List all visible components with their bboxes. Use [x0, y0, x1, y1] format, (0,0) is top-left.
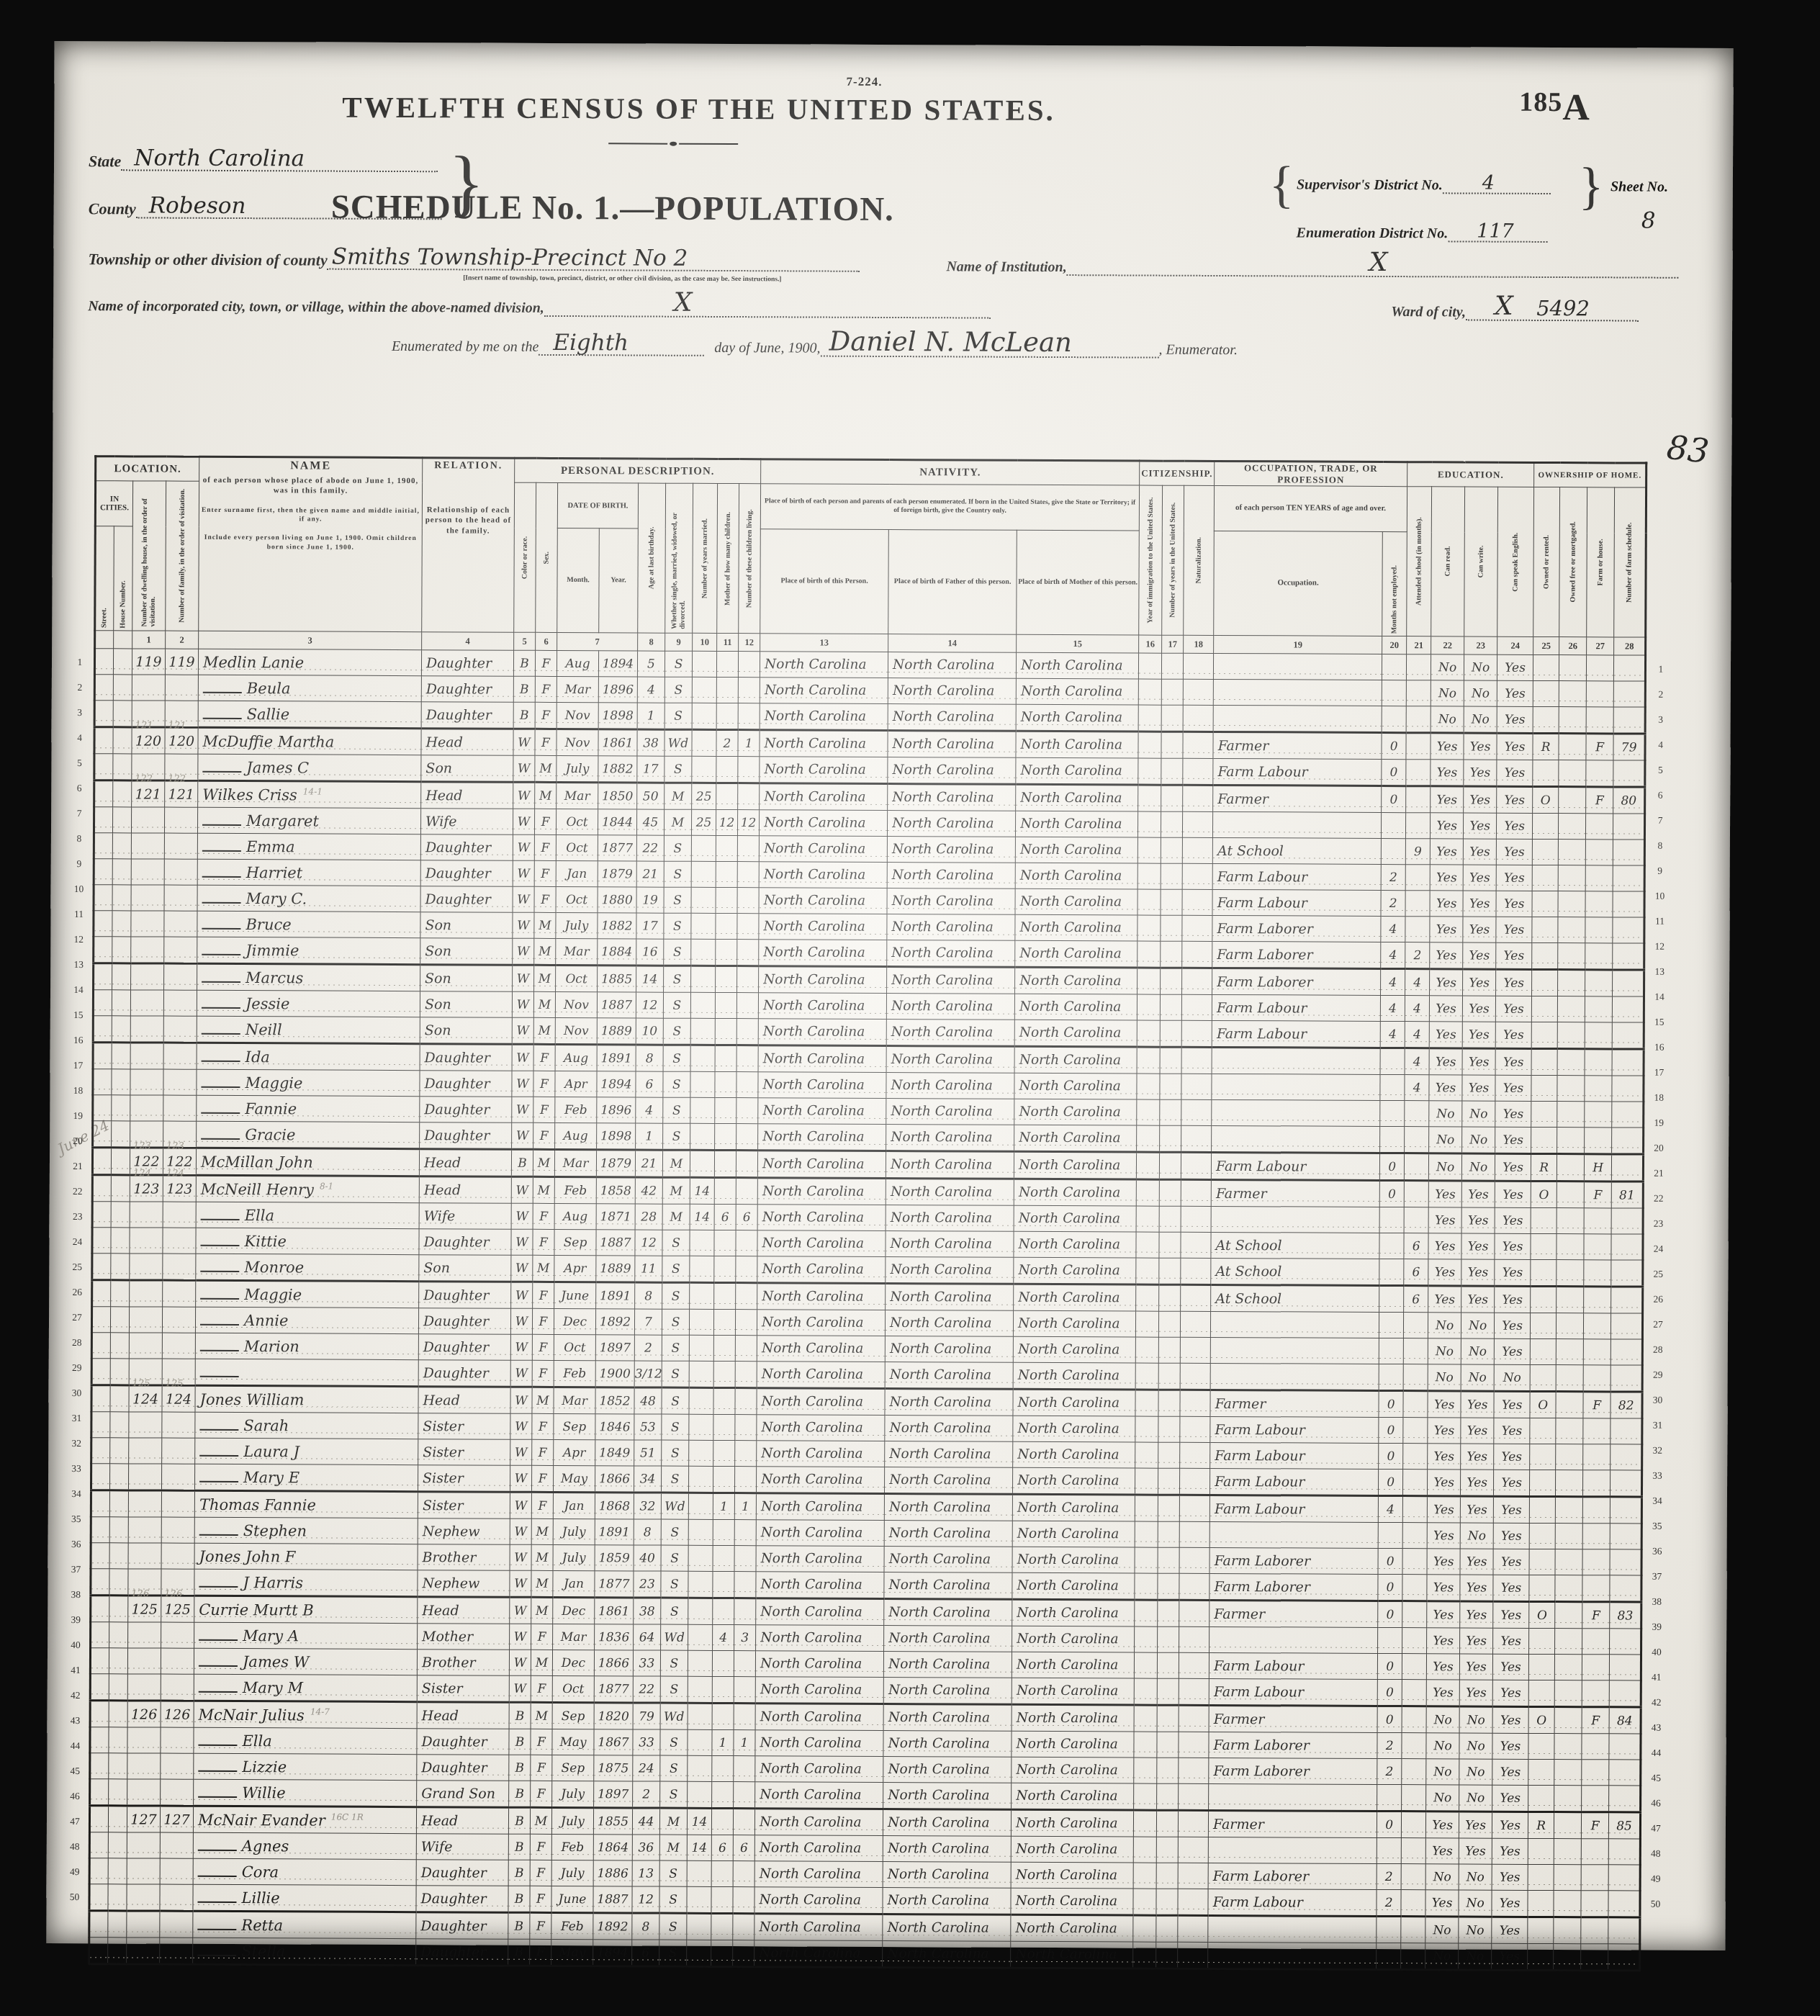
- cell-rel: Head: [418, 1597, 510, 1624]
- cell-ma: S: [665, 703, 692, 729]
- cell-ag: 21: [636, 861, 664, 887]
- cell-pm: North Carolina: [1012, 1757, 1134, 1783]
- cell-pb: North Carolina: [758, 993, 886, 1020]
- cell-fh: [1582, 1655, 1610, 1680]
- cell-sc: [1406, 813, 1431, 839]
- cell-c: B: [509, 1729, 531, 1755]
- cell-d: [129, 1412, 162, 1438]
- cell-pb: North Carolina: [756, 1520, 884, 1547]
- cell-hn: [112, 911, 131, 937]
- cell-yr: 1846: [595, 1414, 634, 1440]
- cell-wr: Yes: [1459, 1680, 1492, 1706]
- cell-hn: [113, 675, 132, 701]
- cell-ag: 2: [634, 1335, 662, 1361]
- cell-d: [130, 1095, 163, 1121]
- cell-ym: [687, 1886, 711, 1913]
- cell-sc: [1406, 733, 1431, 760]
- cell-st: [94, 885, 112, 911]
- cell-pf: North Carolina: [885, 1415, 1013, 1441]
- cell-sc: [1406, 786, 1431, 813]
- cell-hn: [109, 1779, 127, 1806]
- cell-un: [1380, 1126, 1405, 1153]
- cell-cl: [738, 783, 760, 810]
- cell-wr: Yes: [1460, 1496, 1493, 1523]
- cell-ag: 40: [634, 1545, 661, 1571]
- cell-mc: [714, 1230, 736, 1256]
- cell-mo: Mar: [554, 1387, 595, 1413]
- cell-fh: [1581, 1891, 1608, 1917]
- cell-yu: [1158, 1363, 1180, 1390]
- cell-rd: No: [1428, 1313, 1461, 1338]
- cell-yu: [1159, 1179, 1181, 1206]
- cell-wr: No: [1459, 1890, 1492, 1917]
- col-house-number: House Number.: [114, 526, 133, 631]
- cell-f: 120121: [165, 727, 198, 754]
- cell-na: [1178, 1915, 1208, 1942]
- col-month: Month.: [557, 528, 600, 632]
- cell-ow: [1528, 1917, 1554, 1943]
- dwelling-label: Number of dwelling house, in the order o…: [140, 485, 158, 626]
- cell-f: [163, 1202, 196, 1228]
- cell-rd: No: [1429, 1153, 1462, 1181]
- cell-sc: 6: [1404, 1259, 1428, 1286]
- cell-na: [1181, 1047, 1212, 1074]
- cell-fs: [1611, 1313, 1643, 1339]
- cell-en: Yes: [1492, 1706, 1528, 1733]
- cell-fs: [1609, 1786, 1641, 1812]
- cell-ma: S: [664, 966, 691, 992]
- cell-ym: 25: [692, 783, 716, 809]
- cell-na: [1181, 994, 1212, 1020]
- cell-nm: Fannie: [197, 1095, 420, 1122]
- cell-f: 124125: [162, 1385, 195, 1412]
- in-cities-header: IN CITIES.: [95, 481, 132, 526]
- cell-wr: Yes: [1461, 1470, 1494, 1496]
- cell-d: 119: [132, 649, 165, 675]
- row-number: 13: [66, 952, 91, 977]
- cell-nm: Monroe: [196, 1254, 419, 1281]
- cell-ma: Wd: [665, 729, 692, 756]
- col-owned: Owned or rented.: [1533, 487, 1560, 636]
- cell-un: [1382, 680, 1406, 706]
- cell-fh: [1584, 1313, 1611, 1339]
- cell-d: [129, 1307, 162, 1333]
- cell-ow: [1528, 1785, 1554, 1812]
- cell-st: [90, 1779, 109, 1806]
- cell-ma: S: [662, 1230, 690, 1256]
- cell-un: [1382, 812, 1406, 838]
- cell-un: 2: [1377, 1758, 1402, 1784]
- cell-cl: [736, 1072, 758, 1098]
- cell-c: W: [510, 1334, 532, 1360]
- cell-rel: Daughter: [419, 1229, 511, 1256]
- cell-pb: North Carolina: [757, 1205, 886, 1231]
- scanned-census-page: { "page": { "form_number": "7-224.", "ce…: [0, 0, 1820, 2016]
- cell-fh: [1583, 1339, 1610, 1365]
- cell-un: 0: [1378, 1653, 1402, 1679]
- cell-ma: Wd: [661, 1624, 688, 1650]
- cell-cl: [734, 1598, 756, 1625]
- cell-cl: [736, 1019, 758, 1045]
- cell-oc: Farm Labour: [1210, 1468, 1379, 1495]
- cell-fs: [1610, 1629, 1641, 1655]
- cell-pm: North Carolina: [1011, 1862, 1133, 1889]
- cell-pf: North Carolina: [883, 1730, 1012, 1757]
- ditto-dash: [200, 1262, 239, 1272]
- cell-im: [1134, 1783, 1157, 1810]
- cell-yu: [1160, 994, 1181, 1020]
- column-number: 21: [1407, 636, 1431, 654]
- cell-rel: Daughter: [421, 676, 513, 703]
- cell-c: W: [510, 1518, 531, 1544]
- cell-oc: Farm Laborer: [1212, 941, 1381, 968]
- cell-ow: [1531, 1259, 1557, 1286]
- cell-oc: [1213, 811, 1382, 838]
- cell-en: Yes: [1497, 680, 1533, 706]
- cell-im: [1137, 994, 1160, 1020]
- cell-yu: [1158, 1468, 1180, 1495]
- school-label: Attended school (in months).: [1415, 517, 1423, 606]
- city-value: X: [674, 288, 693, 318]
- cell-mo: Feb: [551, 1834, 593, 1860]
- row-number: 34: [1645, 1488, 1670, 1513]
- ditto-dash: [201, 1078, 240, 1088]
- row-number: 29: [65, 1355, 89, 1380]
- cell-oc: Farmer: [1211, 1179, 1379, 1207]
- cell-fh: F: [1582, 1812, 1609, 1839]
- cell-yu: [1156, 1915, 1178, 1942]
- row-number: 36: [1645, 1539, 1670, 1564]
- stamp-letter: A: [1562, 87, 1590, 128]
- cell-nm: Mary A: [194, 1622, 418, 1649]
- cell-nm: McNair Julius14-7: [194, 1701, 417, 1728]
- cell-fs: [1613, 865, 1644, 891]
- side-number: 83: [1665, 428, 1711, 471]
- cell-ma: S: [662, 1387, 689, 1414]
- cell-pb: North Carolina: [754, 1861, 883, 1888]
- cell-rel: Head: [418, 1387, 510, 1414]
- cell-st: [93, 1095, 112, 1121]
- cell-ow: [1531, 1313, 1557, 1338]
- cell-ow: [1532, 839, 1558, 865]
- cell-rd: Yes: [1430, 969, 1463, 996]
- cell-mo: Aug: [554, 1203, 596, 1229]
- cell-ow: [1529, 1523, 1555, 1549]
- pencil-annotation: 8-1: [320, 1181, 333, 1191]
- cell-na: [1180, 1468, 1210, 1495]
- cell-c: W: [513, 860, 534, 886]
- naturalization-label: Naturalization.: [1194, 537, 1203, 584]
- cell-ma: S: [663, 1071, 690, 1097]
- cell-s: F: [533, 1229, 554, 1255]
- cell-yr: 1892: [593, 1913, 632, 1940]
- cell-d: [127, 1858, 160, 1884]
- cell-ag: 16: [636, 939, 664, 966]
- cell-un: [1379, 1364, 1403, 1390]
- cell-mo: Dec: [553, 1597, 595, 1624]
- group-education: EDUCATION.: [1407, 462, 1534, 487]
- cell-oc: Farmer: [1209, 1810, 1377, 1837]
- cell-ow: R: [1533, 733, 1559, 760]
- cell-yr: 1894: [597, 1071, 636, 1097]
- cell-en: Yes: [1495, 1153, 1531, 1181]
- cell-sc: [1405, 1127, 1429, 1153]
- cell-nm: [195, 1359, 418, 1386]
- cell-c: B: [511, 1149, 533, 1176]
- cell-s: F: [532, 1465, 554, 1492]
- cell-ag: 5: [637, 651, 665, 677]
- cell-fh: [1581, 1839, 1608, 1865]
- cell-pm: North Carolina: [1012, 1572, 1135, 1600]
- cell-pm: North Carolina: [1013, 1416, 1135, 1442]
- cell-mo: Oct: [556, 834, 598, 860]
- row-number: 35: [1645, 1513, 1670, 1539]
- cell-hn: [111, 1280, 130, 1307]
- cell-f: [163, 1016, 197, 1043]
- cell-en: Yes: [1493, 1523, 1529, 1549]
- col-mother-children: Mother of how many children.: [717, 483, 739, 633]
- cell-f: [164, 885, 197, 911]
- cell-pm: North Carolina: [1015, 888, 1137, 915]
- cell-wr: No: [1460, 1523, 1493, 1549]
- cell-mc: [716, 756, 738, 783]
- cell-fh: F: [1586, 734, 1613, 760]
- cell-yu: [1158, 1495, 1179, 1521]
- cell-fs: [1609, 1680, 1641, 1707]
- cell-ag: 1: [636, 1123, 663, 1150]
- cell-pb: North Carolina: [755, 1809, 883, 1836]
- cell-rd: Yes: [1427, 1523, 1460, 1549]
- cell-un: 0: [1379, 1469, 1403, 1495]
- cell-rel: Sister: [418, 1439, 510, 1466]
- cell-pb: North Carolina: [759, 940, 887, 967]
- cell-om: [1559, 655, 1587, 681]
- cell-ag: 17: [636, 913, 664, 939]
- row-number: 30: [65, 1380, 89, 1405]
- cell-ym: 25: [691, 809, 716, 835]
- ward-label: Ward of city,: [1391, 304, 1466, 320]
- group-location: LOCATION.: [96, 456, 199, 482]
- cell-d: [131, 885, 164, 911]
- cell-mo: Feb: [551, 1912, 593, 1939]
- cell-pm: North Carolina: [1012, 1599, 1135, 1626]
- cell-st: [90, 1727, 109, 1753]
- cell-s: M: [534, 912, 556, 938]
- cell-mo: Mar: [554, 1149, 596, 1176]
- row-number: 6: [67, 775, 91, 801]
- cell-hn: [113, 780, 132, 807]
- census-title: TWELFTH CENSUS OF THE UNITED STATES.: [342, 90, 1055, 127]
- cell-en: Yes: [1497, 813, 1533, 839]
- cell-ym: [688, 1545, 713, 1571]
- cell-f: [161, 1543, 194, 1569]
- cell-cl: [736, 1151, 757, 1178]
- cell-c: W: [509, 1675, 531, 1702]
- cell-mc: [713, 1414, 735, 1440]
- cell-yr: 1880: [598, 887, 636, 913]
- cell-f: [162, 1333, 195, 1359]
- cell-pb: North Carolina: [756, 1572, 884, 1599]
- enumerator-name: Daniel N. McLean: [829, 326, 1072, 358]
- cell-om: [1554, 1944, 1581, 1971]
- cell-s: M: [531, 1544, 553, 1570]
- cell-om: [1555, 1524, 1582, 1549]
- cell-ow: [1529, 1654, 1555, 1680]
- row-number: 45: [63, 1758, 87, 1783]
- cell-nm: Bruce: [197, 911, 420, 937]
- cell-cl: [734, 1782, 755, 1809]
- cell-ag: 8: [634, 1519, 661, 1545]
- cell-s: F: [534, 860, 556, 886]
- cell-hn: [112, 859, 131, 885]
- cell-yr: 1894: [593, 1940, 632, 1966]
- cell-un: [1377, 1837, 1401, 1863]
- cell-yr: 1877: [598, 835, 636, 861]
- cell-na: [1180, 1416, 1210, 1442]
- cell-im: [1135, 1337, 1158, 1363]
- township-value: Smiths Township-Precinct No 2: [332, 244, 688, 271]
- cell-en: Yes: [1495, 1259, 1531, 1286]
- cell-c: W: [510, 1387, 532, 1413]
- cell-cl: [737, 966, 759, 993]
- row-number: 22: [66, 1179, 90, 1204]
- mother-children-label: Mother of how many children.: [724, 512, 732, 606]
- cell-oc: [1208, 1837, 1377, 1863]
- row-number: 10: [1648, 883, 1672, 909]
- cell-sc: [1402, 1523, 1427, 1549]
- cell-rel: Daughter: [420, 860, 513, 887]
- cell-fs: [1612, 1154, 1644, 1182]
- row-number: 4: [67, 725, 91, 750]
- cell-un: 4: [1381, 942, 1405, 968]
- cell-yu: [1158, 1521, 1179, 1547]
- name-title: NAME: [199, 459, 422, 473]
- cell-ma: S: [662, 1440, 689, 1466]
- cell-pb: North Carolina: [759, 966, 887, 994]
- cell-hn: [112, 1121, 130, 1148]
- cell-wr: Yes: [1461, 1259, 1495, 1286]
- cell-nm: J Harris: [194, 1569, 418, 1596]
- cell-hn: [113, 727, 132, 754]
- cell-s: M: [530, 1807, 551, 1834]
- cell-f: [160, 1911, 193, 1938]
- row-number: 31: [1645, 1413, 1670, 1438]
- row-number: 20: [66, 1128, 90, 1153]
- cell-rel: Wife: [416, 1834, 508, 1860]
- cell-wr: Yes: [1461, 1207, 1495, 1233]
- cell-rd: No: [1428, 1364, 1461, 1391]
- cell-yr: 1852: [595, 1387, 634, 1414]
- cell-yr: 1871: [596, 1204, 635, 1230]
- years-married-label: Number of years married.: [700, 518, 709, 599]
- cell-ow: [1528, 1680, 1554, 1706]
- cell-pb: North Carolina: [758, 1072, 886, 1099]
- cell-pf: North Carolina: [884, 1572, 1012, 1599]
- cell-en: Yes: [1497, 706, 1533, 733]
- cell-en: Yes: [1493, 1601, 1529, 1628]
- cell-hn: [112, 1069, 130, 1095]
- cell-mo: July: [551, 1860, 593, 1886]
- col-age: Age at last birthday.: [638, 483, 666, 633]
- cell-f: [163, 1280, 196, 1307]
- cell-oc: Farm Labour: [1212, 889, 1381, 916]
- col-farm-house: Farm or house.: [1587, 487, 1615, 637]
- cell-yu: [1162, 653, 1184, 679]
- cell-un: [1382, 654, 1407, 680]
- cell-ma: Wd: [660, 1703, 688, 1729]
- cell-om: [1557, 1182, 1584, 1208]
- cell-un: [1379, 1312, 1404, 1338]
- cell-pm: North Carolina: [1013, 1362, 1135, 1390]
- col-color: Color or race.: [514, 482, 536, 632]
- cell-en: Yes: [1492, 1759, 1528, 1785]
- pencil-correction: 121: [135, 720, 153, 731]
- cell-un: [1381, 838, 1405, 864]
- cell-mo: May: [552, 1729, 594, 1755]
- row-number: 1: [1649, 657, 1673, 682]
- cell-ym: [689, 1361, 713, 1387]
- cell-d: [129, 1438, 162, 1464]
- cell-mc: [712, 1676, 734, 1703]
- col-dwelling-number: Number of dwelling house, in the order o…: [132, 481, 166, 631]
- cell-cl: [735, 1467, 757, 1493]
- cell-rel: Head: [421, 729, 513, 756]
- sheet-label: Sheet No.: [1610, 179, 1668, 195]
- cell-ma: M: [662, 1150, 690, 1177]
- cell-f: [160, 1858, 193, 1884]
- col-sex: Sex.: [536, 482, 558, 632]
- cell-ym: 14: [687, 1835, 711, 1860]
- cell-om: [1558, 917, 1585, 943]
- cell-s: F: [533, 1097, 555, 1122]
- cell-fs: [1611, 1260, 1643, 1287]
- cell-om: [1558, 891, 1585, 917]
- cell-hn: [109, 1490, 128, 1517]
- cell-ym: [688, 1650, 712, 1676]
- col-unemployed: Months not employed.: [1382, 531, 1407, 636]
- cell-sc: [1402, 1680, 1426, 1706]
- cell-yr: 1898: [598, 703, 637, 729]
- cell-d: [130, 1016, 163, 1043]
- cell-na: [1183, 705, 1213, 732]
- cell-s: M: [533, 1017, 555, 1044]
- cell-en: Yes: [1497, 733, 1533, 760]
- row-number: 22: [1646, 1186, 1671, 1211]
- cell-mc: [713, 1466, 735, 1493]
- cell-yu: [1157, 1758, 1179, 1783]
- cell-cl: [734, 1546, 756, 1572]
- cell-ym: [688, 1519, 713, 1545]
- cell-fs: [1611, 1208, 1643, 1234]
- row-number: 45: [1644, 1765, 1668, 1791]
- cell-un: 0: [1378, 1574, 1402, 1601]
- cell-fs: [1608, 1865, 1640, 1891]
- cell-en: Yes: [1492, 1943, 1528, 1970]
- cell-f: 126: [161, 1701, 194, 1727]
- cell-ow: O: [1533, 786, 1559, 813]
- cell-fh: [1585, 996, 1612, 1022]
- cell-en: Yes: [1496, 969, 1532, 996]
- cell-yu: [1158, 1390, 1180, 1416]
- cell-pb: North Carolina: [755, 1756, 883, 1783]
- cell-un: [1379, 1338, 1403, 1364]
- cell-ym: 14: [690, 1204, 714, 1230]
- ditto-dash: [198, 1736, 237, 1746]
- cell-st: [92, 1175, 111, 1202]
- cell-s: F: [534, 834, 556, 860]
- cell-wr: Yes: [1464, 733, 1497, 760]
- cell-ym: [687, 1860, 711, 1886]
